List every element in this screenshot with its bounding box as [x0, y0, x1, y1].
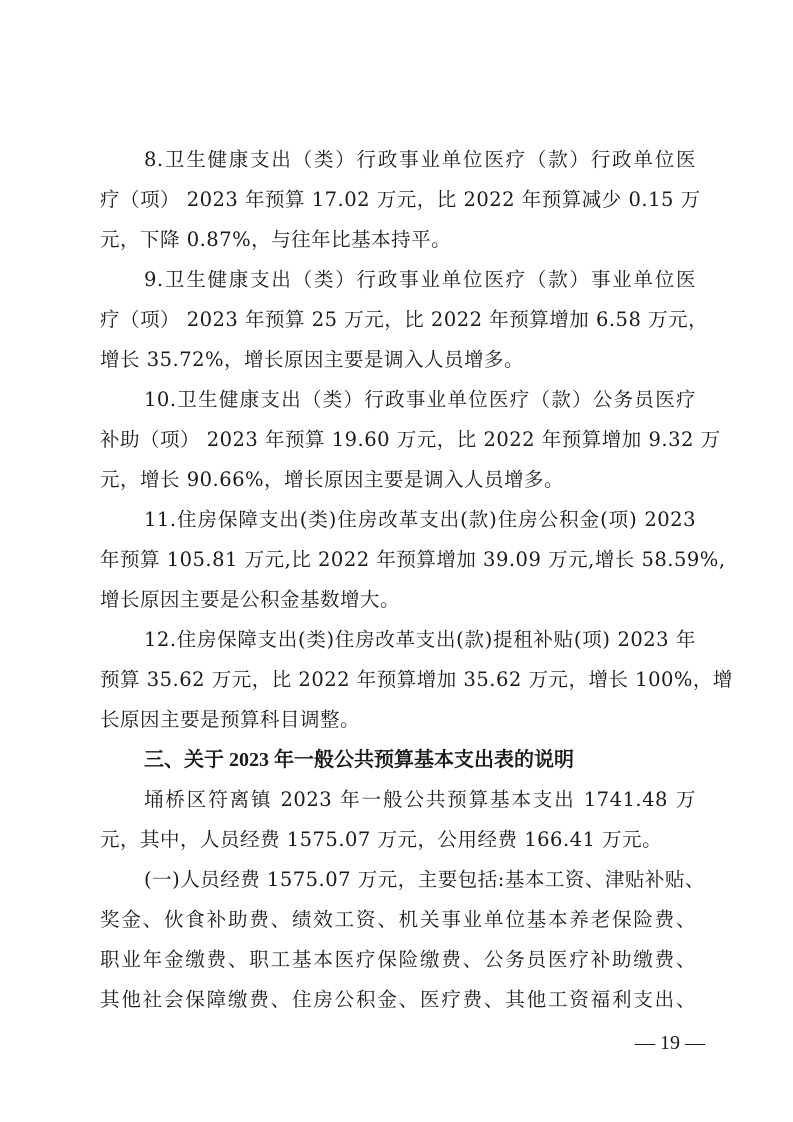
text-line: (一)人员经费 1575.07 万元，主要包括:基本工资、津贴补贴、	[144, 860, 696, 900]
text-line: 埇桥区符离镇 2023 年一般公共预算基本支出 1741.48 万	[144, 780, 696, 820]
text-line: 预算 35.62 万元，比 2022 年预算增加 35.62 万元，增长 100…	[100, 660, 696, 700]
text-line: 疗（项） 2023 年预算 17.02 万元，比 2022 年预算减少 0.15…	[100, 180, 696, 220]
text-line: 长原因主要是预算科目调整。	[100, 700, 696, 740]
text-line: 10.卫生健康支出（类）行政事业单位医疗（款）公务员医疗	[144, 380, 696, 420]
text-line: 增长原因主要是公积金基数增大。	[100, 580, 696, 620]
document-page: 8.卫生健康支出（类）行政事业单位医疗（款）行政单位医 疗（项） 2023 年预…	[0, 0, 793, 1122]
section-heading: 三、关于 2023 年一般公共预算基本支出表的说明	[144, 740, 696, 780]
text-line: 补助（项） 2023 年预算 19.60 万元，比 2022 年预算增加 9.3…	[100, 420, 696, 460]
text-line: 职业年金缴费、职工基本医疗保险缴费、公务员医疗补助缴费、	[100, 940, 696, 980]
text-line: 元，其中，人员经费 1575.07 万元，公用经费 166.41 万元。	[100, 820, 696, 860]
text-line: 疗（项） 2023 年预算 25 万元，比 2022 年预算增加 6.58 万元…	[100, 300, 696, 340]
text-line: 其他社会保障缴费、住房公积金、医疗费、其他工资福利支出、	[100, 980, 696, 1020]
text-line: 元，增长 90.66%，增长原因主要是调入人员增多。	[100, 460, 696, 500]
text-line: 年预算 105.81 万元,比 2022 年预算增加 39.09 万元,增长 5…	[100, 540, 696, 580]
text-line: 11.住房保障支出(类)住房改革支出(款)住房公积金(项) 2023	[144, 500, 696, 540]
text-line: 8.卫生健康支出（类）行政事业单位医疗（款）行政单位医	[144, 140, 696, 180]
text-line: 奖金、伙食补助费、绩效工资、机关事业单位基本养老保险费、	[100, 900, 696, 940]
text-line: 元，下降 0.87%，与往年比基本持平。	[100, 220, 696, 260]
page-number: — 19 —	[630, 1028, 710, 1058]
text-line: 12.住房保障支出(类)住房改革支出(款)提租补贴(项) 2023 年	[144, 620, 696, 660]
text-line: 增长 35.72%，增长原因主要是调入人员增多。	[100, 340, 696, 380]
text-line: 9.卫生健康支出（类）行政事业单位医疗（款）事业单位医	[144, 260, 696, 300]
